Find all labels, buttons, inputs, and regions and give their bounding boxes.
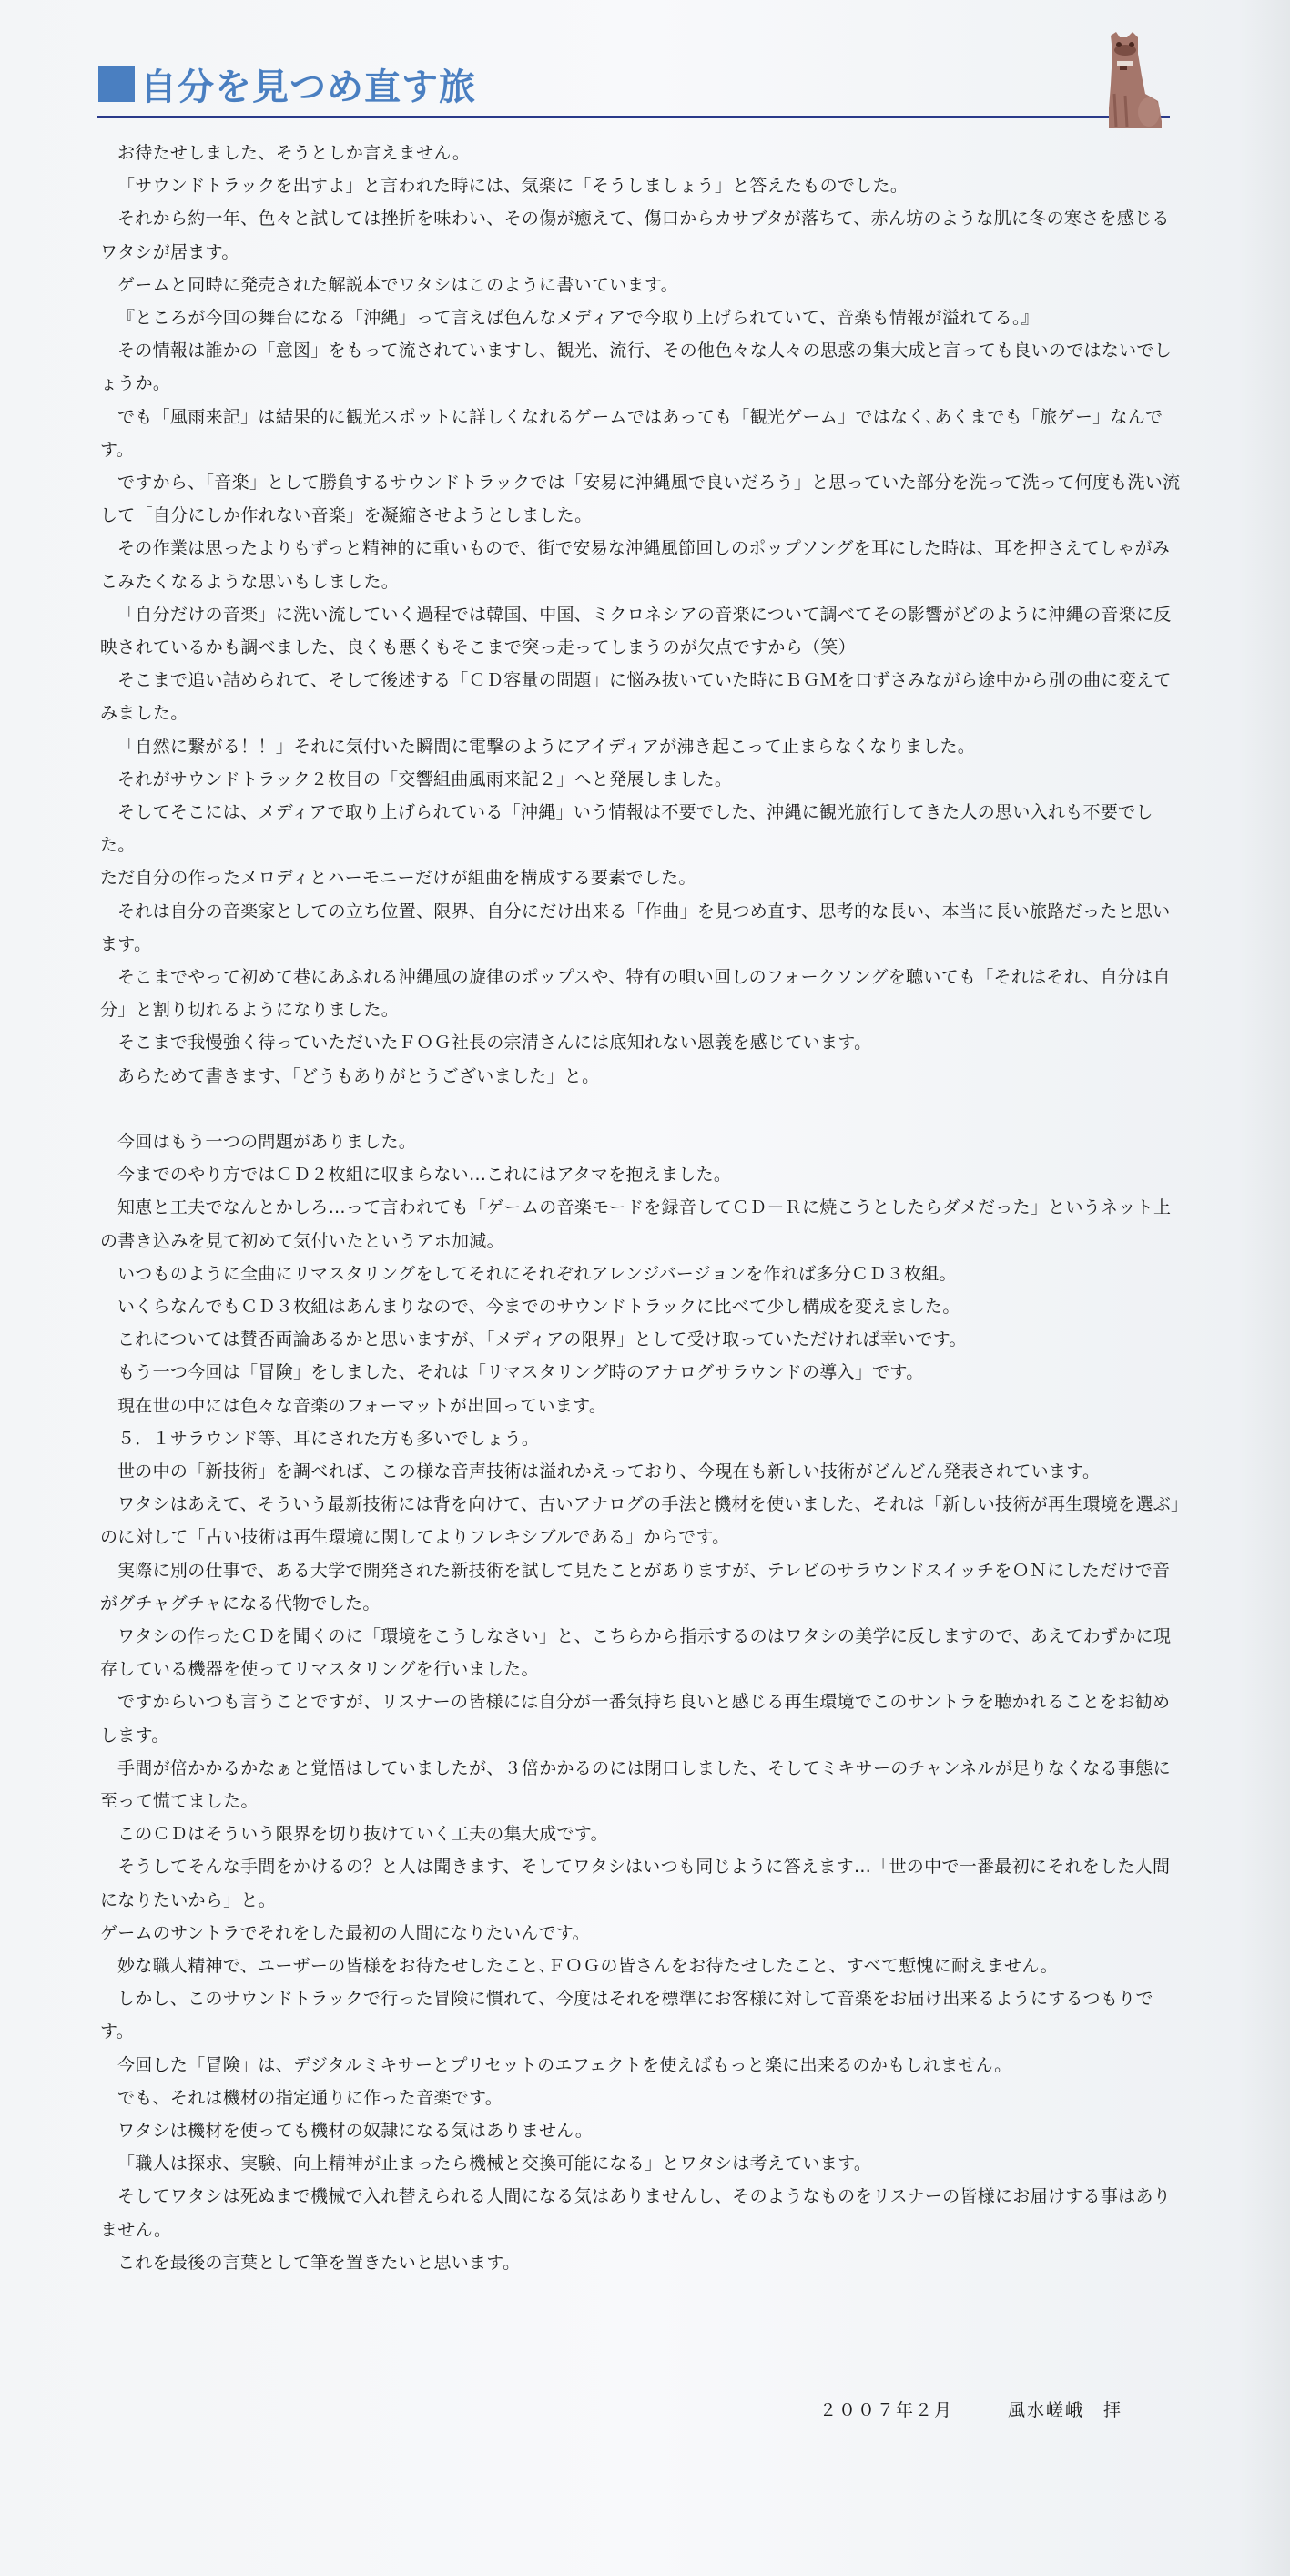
paragraph: いつものように全曲にリマスタリングをしてそれにそれぞれアレンジバージョンを作れば… <box>100 1257 1183 1290</box>
paragraph: 知恵と工夫でなんとかしろ…って言われても「ゲームの音楽モードを録音してＣＤ－Ｒに… <box>100 1191 1183 1257</box>
section-spacer <box>100 1093 1183 1125</box>
paragraph: これを最後の言葉として筆を置きたいと思います。 <box>100 2246 1183 2279</box>
header-rule <box>97 116 1170 118</box>
paragraph: しかし、このサウンドトラックで行った冒険に慣れて、今度はそれを標準にお客様に対し… <box>100 1982 1183 2048</box>
title-square-icon <box>98 66 135 102</box>
paragraph: お待たせしました、そうとしか言えません。 <box>100 137 1183 169</box>
paragraph: そこまで追い詰められて、そして後述する「ＣＤ容量の問題」に悩み抜いていた時にＢＧ… <box>100 664 1183 729</box>
paragraph: これについては賛否両論あるかと思いますが、「メディアの限界」として受け取っていた… <box>100 1323 1183 1356</box>
paragraph: ５．１サラウンド等、耳にされた方も多いでしょう。 <box>100 1422 1183 1455</box>
paragraph: ワタシはあえて、そういう最新技術には背を向けて、古いアナログの手法と機材を使いま… <box>100 1488 1183 1553</box>
paragraph: 「自分だけの音楽」に洗い流していく過程では韓国、中国、ミクロネシアの音楽について… <box>100 598 1183 664</box>
paragraph: 現在世の中には色々な音楽のフォーマットが出回っています。 <box>100 1390 1183 1422</box>
paragraph: そこまでやって初めて巷にあふれる沖縄風の旋律のポップスや、特有の唄い回しのフォー… <box>100 961 1183 1026</box>
paragraph: 今までのやり方ではＣＤ２枚組に収まらない…これにはアタマを抱えました。 <box>100 1158 1183 1191</box>
paragraph: 『ところが今回の舞台になる「沖縄」って言えば色んなメディアで今取り上げられていて… <box>100 301 1183 334</box>
article-body: お待たせしました、そうとしか言えません。 「サウンドトラックを出すよ」と言われた… <box>100 137 1183 2279</box>
paragraph: 「自然に繋がる！！」それに気付いた瞬間に電撃のようにアイディアが沸き起こって止ま… <box>100 730 1183 763</box>
paragraph: それがサウンドトラック２枚目の「交響組曲風雨来記２」へと発展しました。 <box>100 763 1183 796</box>
paragraph: ワタシの作ったＣＤを聞くのに「環境をこうしなさい」と、こちらから指示するのはワタ… <box>100 1620 1183 1685</box>
paragraph: 実際に別の仕事で、ある大学で開発された新技術を試して見たことがありますが、テレビ… <box>100 1554 1183 1620</box>
paragraph: そうしてそんな手間をかけるの？と人は聞きます、そしてワタシはいつも同じように答え… <box>100 1850 1183 1916</box>
paragraph: 手間が倍かかるかなぁと覚悟はしていましたが、３倍かかるのには閉口しました、そして… <box>100 1752 1183 1817</box>
paragraph: ゲームのサントラでそれをした最初の人間になりたいんです。 <box>100 1917 1183 1950</box>
paragraph: 妙な職人精神で、ユーザーの皆様をお待たせしたこと､ＦＯＧの皆さんをお待たせしたこ… <box>100 1950 1183 1982</box>
paragraph: でも、それは機材の指定通りに作った音楽です。 <box>100 2082 1183 2114</box>
paragraph: 今回はもう一つの問題がありました。 <box>100 1125 1183 1158</box>
paragraph: 「職人は探求、実験、向上精神が止まったら機械と交換可能になる」とワタシは考えてい… <box>100 2147 1183 2180</box>
signature-date: ２００７年２月 <box>819 2397 953 2421</box>
paragraph: ただ自分の作ったメロディとハーモニーだけが組曲を構成する要素でした。 <box>100 861 1183 894</box>
paragraph: そしてワタシは死ぬまで機械で入れ替えられる人間になる気はありませんし、そのような… <box>100 2180 1183 2245</box>
signature: ２００７年２月 風水嵯峨 拝 <box>819 2397 1122 2421</box>
paragraph: それは自分の音楽家としての立ち位置、限界、自分にだけ出来る「作曲」を見つめ直す、… <box>100 895 1183 961</box>
paragraph: そしてそこには、メディアで取り上げられている「沖縄」いう情報は不要でした、沖縄に… <box>100 796 1183 861</box>
paragraph: 世の中の「新技術」を調べれば、この様な音声技術は溢れかえっており、今現在も新しい… <box>100 1455 1183 1488</box>
paragraph: それから約一年、色々と試しては挫折を味わい、その傷が癒えて、傷口からカサブタが落… <box>100 202 1183 268</box>
paragraph: 今回した「冒険」は、デジタルミキサーとプリセットのエフェクトを使えばもっと楽に出… <box>100 2049 1183 2082</box>
paragraph: ゲームと同時に発売された解説本でワタシはこのように書いています。 <box>100 269 1183 301</box>
paragraph: その情報は誰かの「意図」をもって流されていますし、観光、流行、その他色々な人々の… <box>100 334 1183 400</box>
paragraph: もう一つ今回は「冒険」をしました、それは「リマスタリング時のアナログサラウンドの… <box>100 1356 1183 1389</box>
paragraph: でも「風雨来記」は結果的に観光スポットに詳しくなれるゲームではあっても「観光ゲー… <box>100 401 1183 466</box>
paragraph: 「サウンドトラックを出すよ」と言われた時には、気楽に「そうしましょう」と答えたも… <box>100 169 1183 202</box>
paragraph: ですからいつも言うことですが、リスナーの皆様には自分が一番気持ち良いと感じる再生… <box>100 1685 1183 1751</box>
paragraph: その作業は思ったよりもずっと精神的に重いもので、街で安易な沖縄風節回しのポップソ… <box>100 532 1183 597</box>
page-title: 自分を見つめ直す旅 <box>140 58 476 110</box>
paragraph: ですから、「音楽」として勝負するサウンドトラックでは「安易に沖縄風で良いだろう」… <box>100 466 1183 532</box>
paragraph: ワタシは機材を使っても機材の奴隷になる気はありません。 <box>100 2114 1183 2147</box>
document-page: 自分を見つめ直す旅 お待たせしました、そうとしか言えません。 「サウンドトラック… <box>0 0 1290 2576</box>
signature-author: 風水嵯峨 拝 <box>1008 2397 1122 2421</box>
shisa-statue-icon <box>1107 30 1163 130</box>
section-header: 自分を見つめ直す旅 <box>98 56 476 111</box>
paragraph: このＣＤはそういう限界を切り抜けていく工夫の集大成です。 <box>100 1817 1183 1850</box>
paragraph: そこまで我慢強く待っていただいたＦＯＧ社長の宗清さんには底知れない恩義を感じてい… <box>100 1026 1183 1059</box>
paragraph: あらためて書きます、「どうもありがとうございました」と。 <box>100 1060 1183 1093</box>
paragraph: いくらなんでもＣＤ３枚組はあんまりなので、今までのサウンドトラックに比べて少し構… <box>100 1290 1183 1323</box>
